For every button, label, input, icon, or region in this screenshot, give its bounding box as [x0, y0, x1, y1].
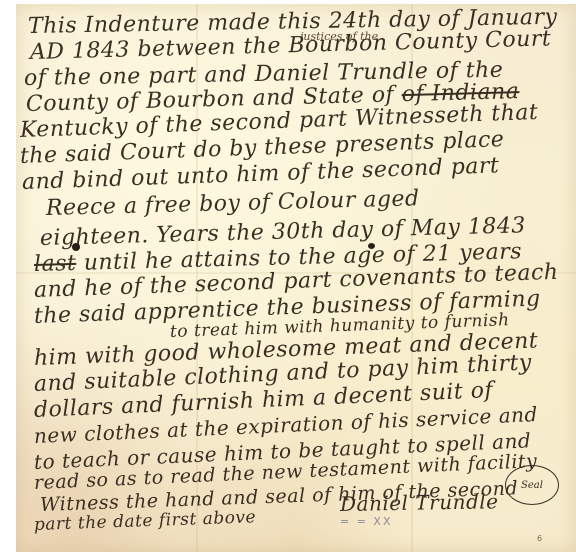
- ink-blot: [368, 243, 375, 249]
- signature: Daniel Trundle: [340, 489, 499, 516]
- corner-mark: 6: [537, 534, 542, 543]
- struck-text: last: [34, 251, 77, 277]
- ink-blot: [72, 243, 80, 251]
- seal-mark: Seal: [505, 465, 559, 505]
- pencil-mark: = = XX: [340, 515, 393, 528]
- seal-label: Seal: [521, 480, 543, 491]
